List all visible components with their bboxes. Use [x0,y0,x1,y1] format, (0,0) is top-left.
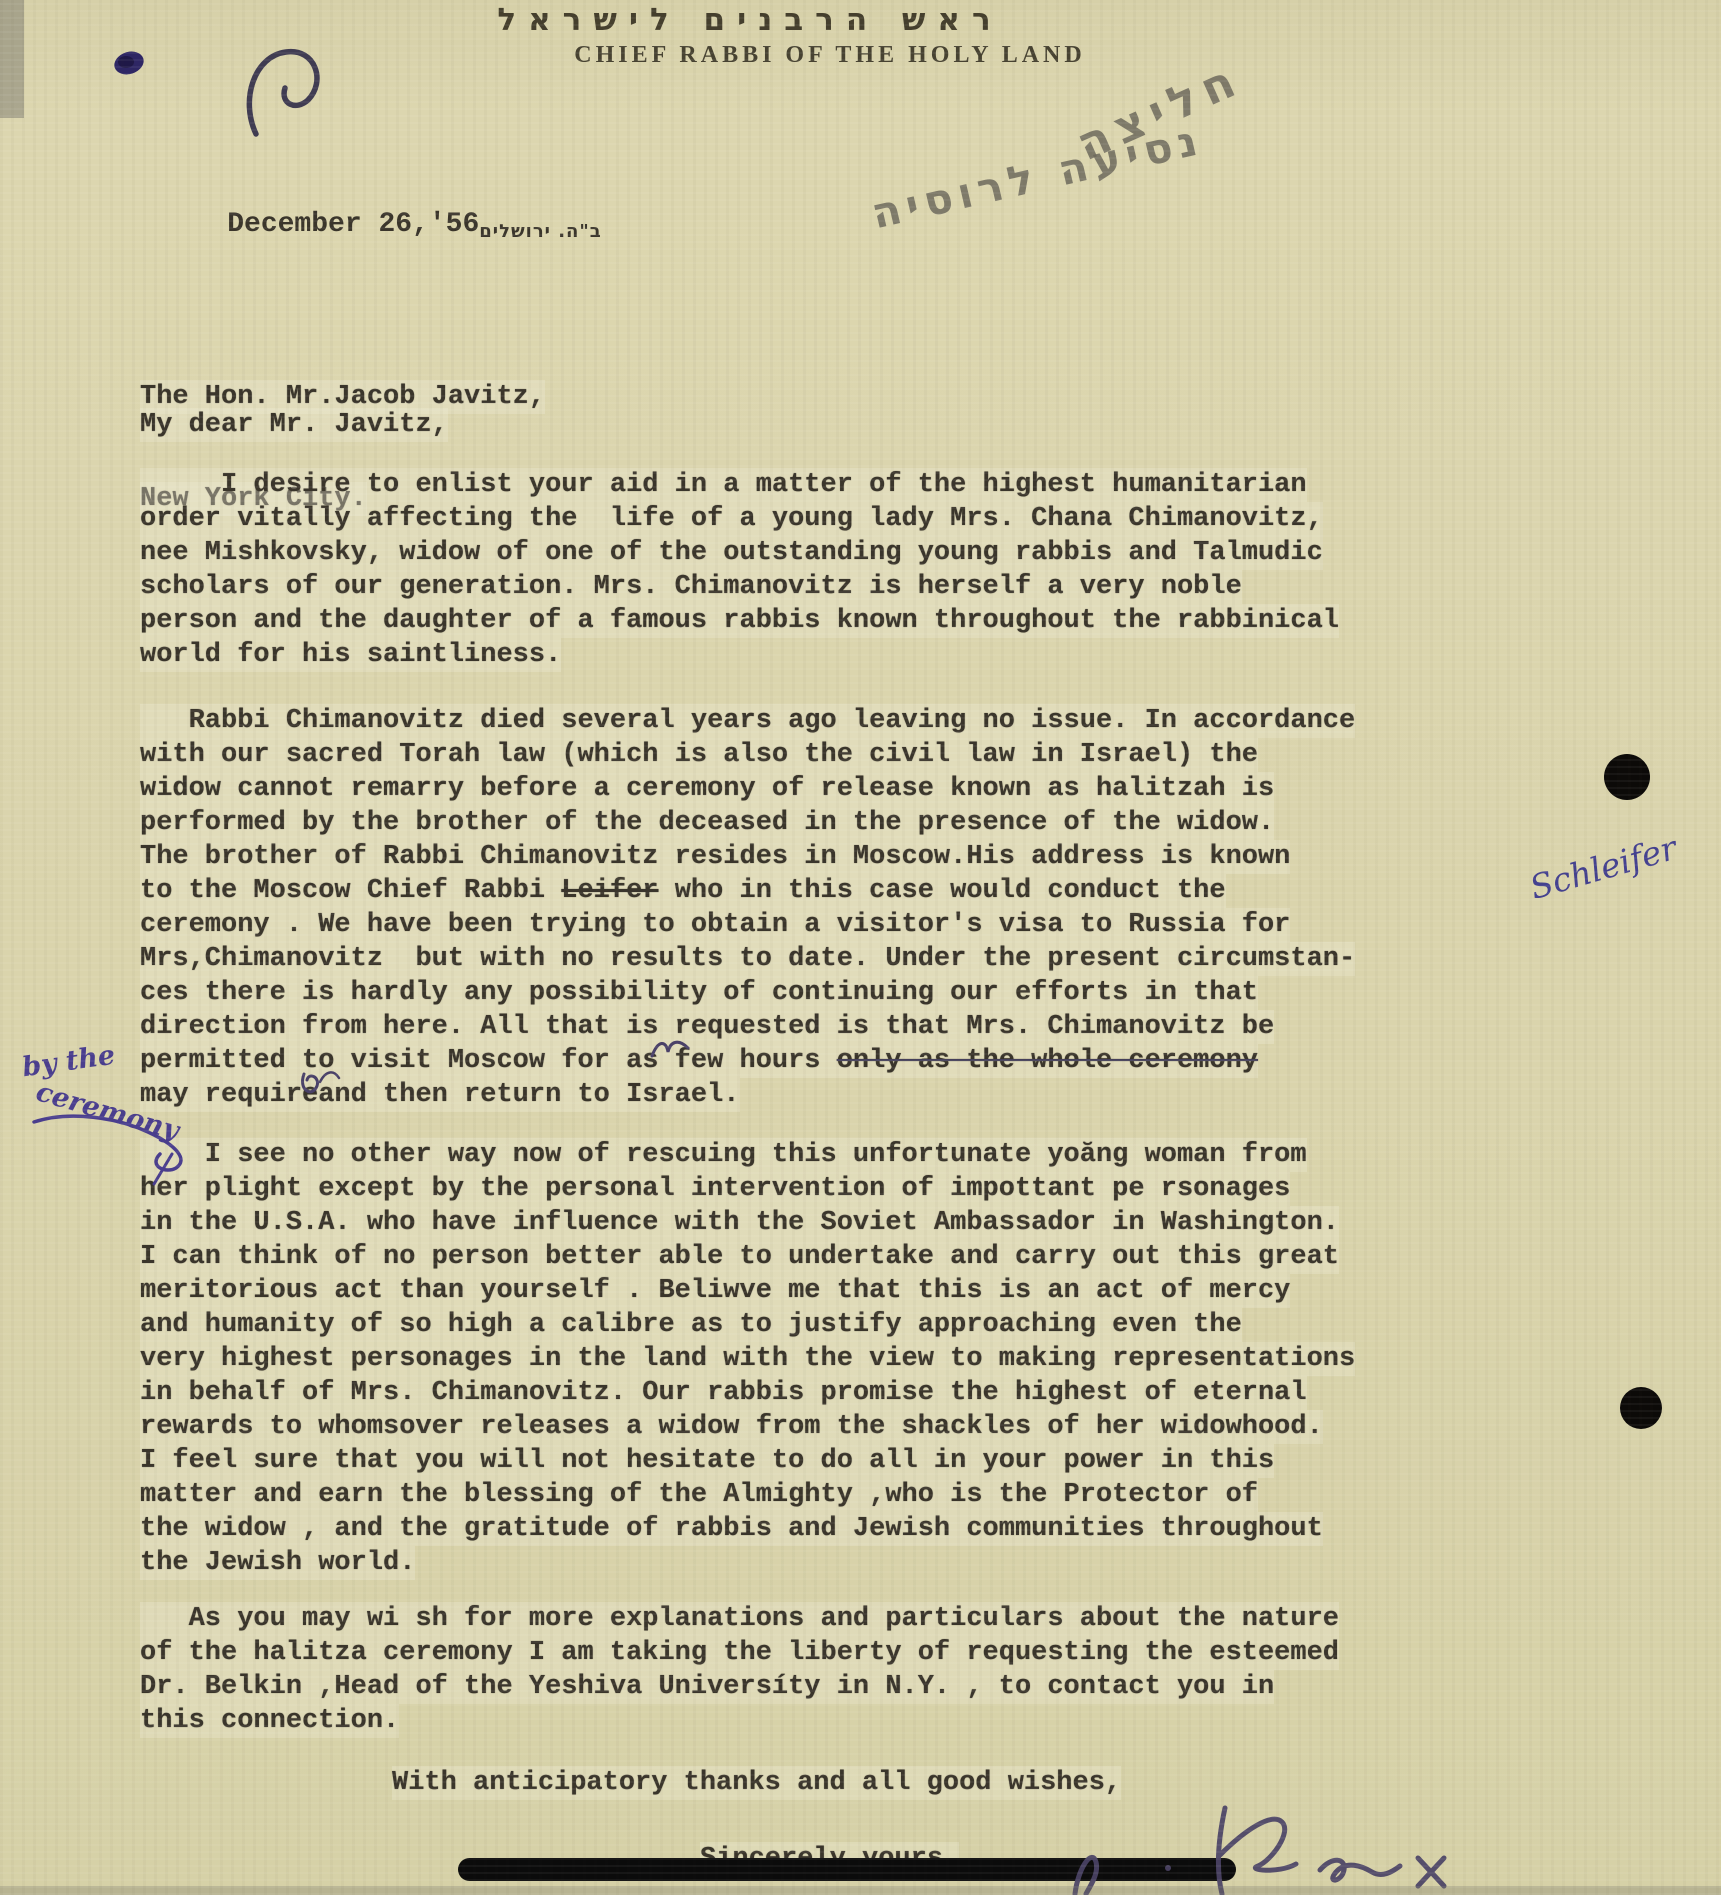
date-line: December 26,'56ב"ה. ירושלים [160,178,602,271]
hole-punch-dot-2 [1620,1387,1662,1429]
body-line: performed by the brother of the deceased… [140,806,1274,840]
body-text: As you may wi sh for more explanations a… [140,1604,1339,1634]
paragraph: I see no other way now of rescuing this … [140,1138,1355,1580]
body-line: may requireand then return to Israel. [140,1078,740,1112]
bottom-edge-shadow [0,1886,1721,1895]
body-text: with our sacred Torah law (which is also… [140,740,1258,770]
body-line: this connection. [140,1704,399,1738]
margin-note-schleifer: Schleifer [1526,828,1681,907]
body-line: with our sacred Torah law (which is also… [140,738,1258,772]
body-text: rewards to whomsover releases a widow fr… [140,1412,1323,1442]
paper-texture [0,0,1721,1895]
body-line: matter and earn the blessing of the Almi… [140,1478,1258,1512]
body-line: in the U.S.A. who have influence with th… [140,1206,1339,1240]
body-text: who in this case would conduct the [659,876,1226,906]
letterhead-english-title: CHIEF RABBI OF THE HOLY LAND [530,42,1130,69]
body-line: I can think of no person better able to … [140,1240,1339,1274]
body-text: of the halitza ceremony I am taking the … [140,1638,1339,1668]
paragraph: Rabbi Chimanovitz died several years ago… [140,704,1355,1112]
body-line: in behalf of Mrs. Chimanovitz. Our rabbi… [140,1376,1307,1410]
body-text: this connection. [140,1706,399,1736]
body-line: widow cannot remarry before a ceremony o… [140,772,1274,806]
body-text: to the Moscow Chief Rabbi [140,876,561,906]
body-text: very highest personages in the land with… [140,1344,1355,1374]
margin-note-left-line1: by the [20,1040,117,1084]
signature-scrawl [1020,1800,1560,1895]
body-line: person and the daughter of a famous rabb… [140,604,1339,638]
body-line: of the halitza ceremony I am taking the … [140,1636,1339,1670]
body-text: direction from here. All that is request… [140,1012,1274,1042]
body-line: Rabbi Chimanovitz died several years ago… [140,704,1355,738]
body-line: the widow , and the gratitude of rabbis … [140,1512,1323,1546]
left-edge-shadow [0,0,24,118]
body-line: I see no other way now of rescuing this … [140,1138,1307,1172]
date-hebrew-text: ב"ה. ירושלים [479,221,602,242]
scanned-letter-page: ראש הרבנים לישראל CHIEF RABBI OF THE HOL… [0,0,1721,1895]
body-line: As you may wi sh for more explanations a… [140,1602,1339,1636]
body-text: in the U.S.A. who have influence with th… [140,1208,1339,1238]
body-text: and humanity of so high a calibre as to … [140,1310,1242,1340]
salutation: My dear Mr. Javitz, [140,408,448,442]
body-text: I can think of no person better able to … [140,1242,1339,1272]
ink-blot-mark [110,48,150,80]
body-line: rewards to whomsover releases a widow fr… [140,1410,1323,1444]
body-text: ceremony . We have been trying to obtain… [140,910,1290,940]
body-text: Mrs,Chimanovitz but with no results to d… [140,944,1355,974]
body-text: widow cannot remarry before a ceremony o… [140,774,1274,804]
body-text: world for his saintliness. [140,640,561,670]
body-text: Rabbi Chimanovitz died several years ago… [140,706,1355,736]
body-text: The brother of Rabbi Chimanovitz resides… [140,842,1290,872]
body-text: meritorious act than yourself . Beliwve … [140,1276,1290,1306]
body-text: the Jewish world. [140,1548,415,1578]
body-line: to the Moscow Chief Rabbi Leifer who in … [140,874,1226,908]
paragraph: As you may wi sh for more explanations a… [140,1602,1339,1738]
body-text: ces there is hardly any possibility of c… [140,978,1258,1008]
insertion-mark-3 [318,1068,342,1084]
recipient-block: The Hon. Mr.Jacob Javitz, New York City. [140,312,545,584]
strikethrough-text: only as the whole ceremony [837,1046,1258,1076]
body-text: person and the daughter of a famous rabb… [140,606,1339,636]
recipient-line: New York City. [140,482,367,516]
body-text: may requireand then return to Israel. [140,1080,740,1110]
body-line: her plight except by the personal interv… [140,1172,1290,1206]
body-line: Dr. Belkin ,Head of the Yeshiva Universí… [140,1670,1274,1704]
letterhead-hebrew-title: ראש הרבנים לישראל [470,2,1030,38]
body-text: I see no other way now of rescuing this … [140,1140,1307,1170]
strikethrough-text: Leifer [561,876,658,906]
body-line: The brother of Rabbi Chimanovitz resides… [140,840,1290,874]
body-text: performed by the brother of the deceased… [140,808,1274,838]
body-text: I feel sure that you will not hesitate t… [140,1446,1274,1476]
letter-body: I desire to enlist your aid in a matter … [0,0,1721,1895]
body-text: in behalf of Mrs. Chimanovitz. Our rabbi… [140,1378,1307,1408]
body-line: very highest personages in the land with… [140,1342,1355,1376]
body-text: her plight except by the personal interv… [140,1174,1290,1204]
body-line: world for his saintliness. [140,638,561,672]
body-text: Dr. Belkin ,Head of the Yeshiva Universí… [140,1672,1274,1702]
insertion-mark-1 [648,1034,694,1060]
body-line: ces there is hardly any possibility of c… [140,976,1258,1010]
body-text: permitted to visit Moscow for as few hou… [140,1046,837,1076]
body-text: matter and earn the blessing of the Almi… [140,1480,1258,1510]
body-line: direction from here. All that is request… [140,1010,1274,1044]
body-line: I feel sure that you will not hesitate t… [140,1444,1274,1478]
date-text: December 26,'56 [227,209,479,240]
body-text: the widow , and the gratitude of rabbis … [140,1514,1323,1544]
margin-flourish [26,1108,206,1188]
pencil-note-hebrew-2: נסיעה לרוסיה [867,115,1208,239]
pen-stroke-mark [238,38,333,138]
body-line: Mrs,Chimanovitz but with no results to d… [140,942,1355,976]
body-line: meritorious act than yourself . Beliwve … [140,1274,1290,1308]
body-line: ceremony . We have been trying to obtain… [140,908,1290,942]
hole-punch-dot-1 [1604,754,1650,800]
closing-thanks: With anticipatory thanks and all good wi… [392,1766,1121,1800]
body-line: the Jewish world. [140,1546,415,1580]
body-line: and humanity of so high a calibre as to … [140,1308,1242,1342]
